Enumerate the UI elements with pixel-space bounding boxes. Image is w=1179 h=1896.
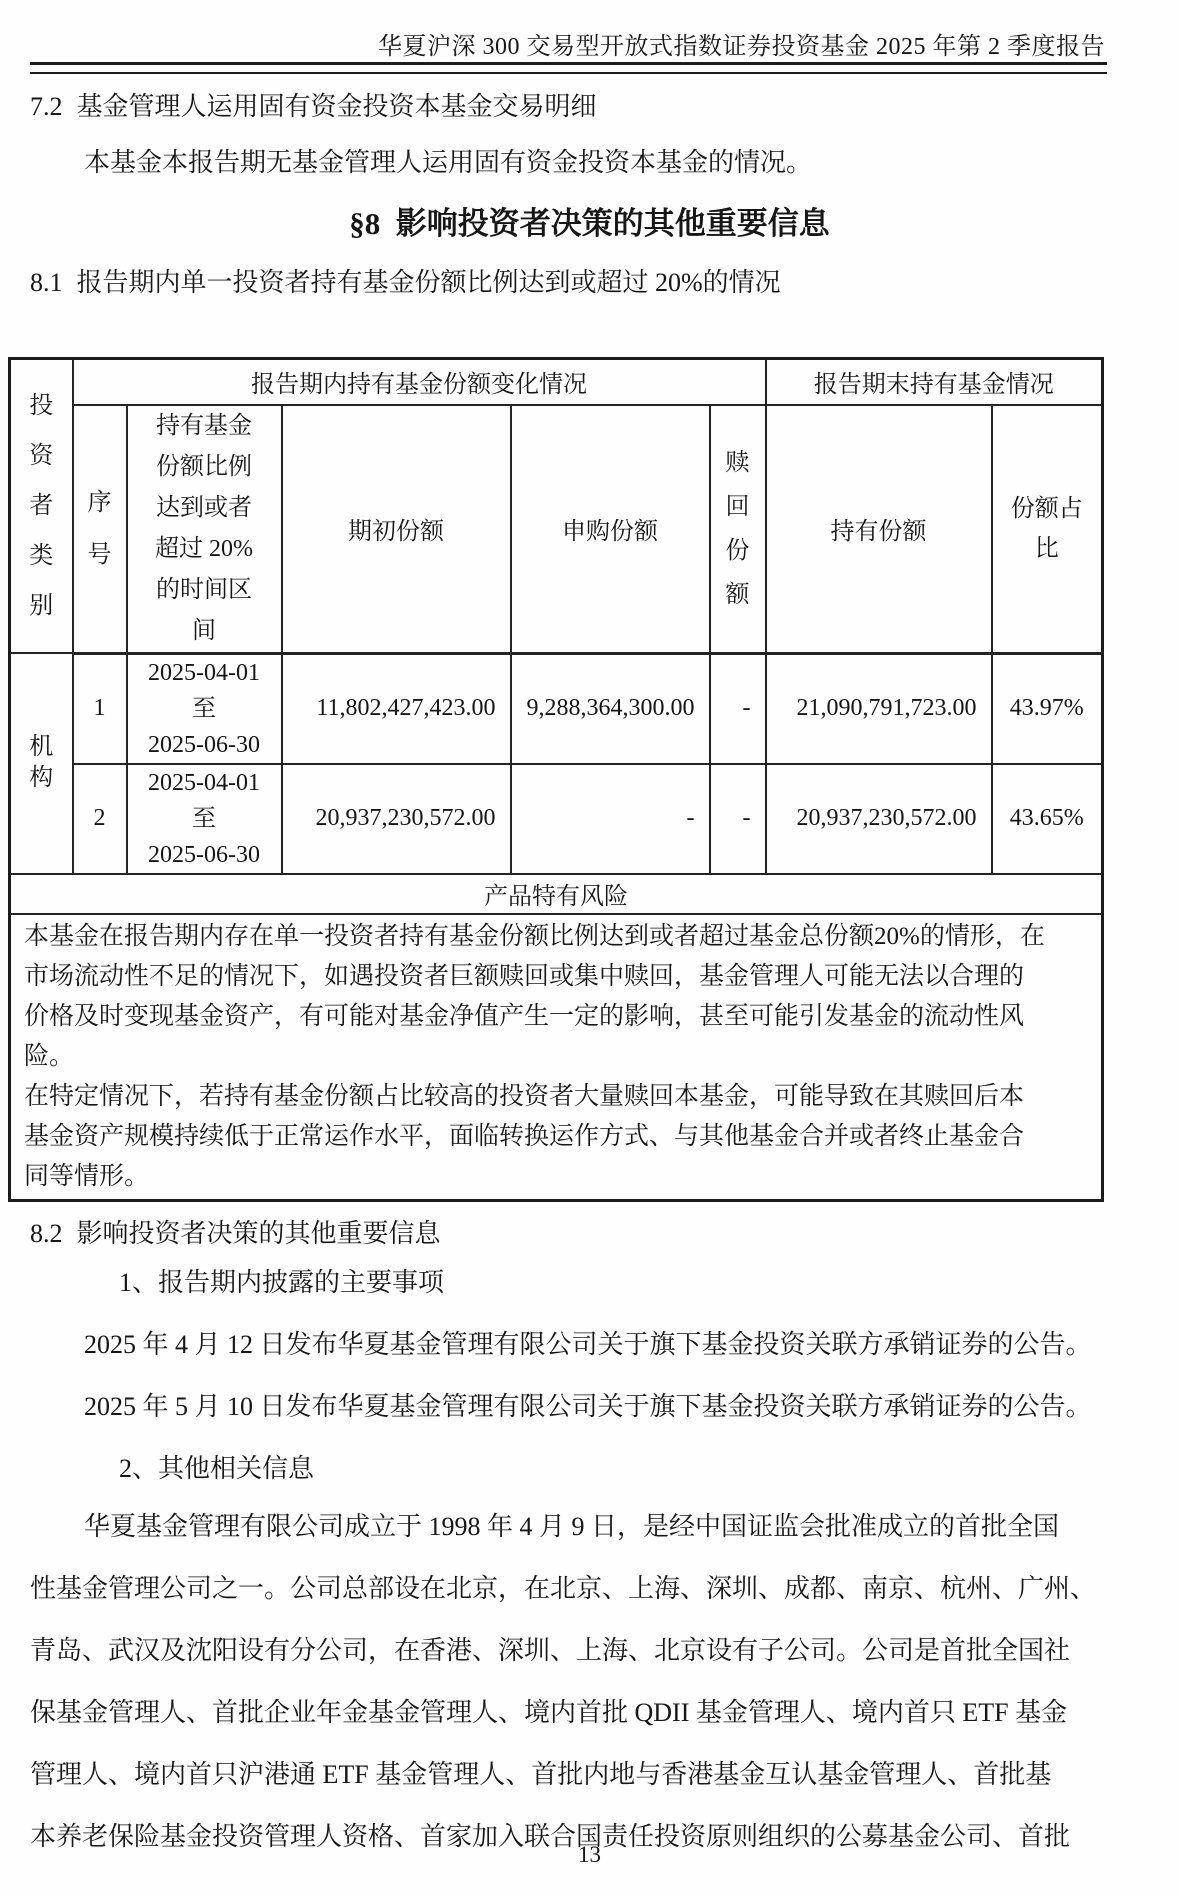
announcement-1: 2025 年 4 月 12 日发布华夏基金管理有限公司关于旗下基金投资关联方承销… [84, 1324, 1109, 1361]
announcement-2: 2025 年 5 月 10 日发布华夏基金管理有限公司关于旗下基金投资关联方承销… [84, 1386, 1109, 1423]
column-header-investor-type: 投 资 者 类 别 [10, 359, 73, 654]
redeem-shares-cell: - [710, 653, 766, 764]
section-8-heading: §8 影响投资者决策的其他重要信息 [0, 198, 1179, 243]
section-82-number: 8.2 [30, 1219, 63, 1248]
risk-line: 在特定情况下，若持有基金份额占比较高的投资者大量赎回本基金，可能导致在其赎回后本 [24, 1077, 1088, 1117]
company-intro-line: 青岛、武汉及沈阳设有分公司，在香港、深圳、上海、北京设有子公司。公司是首批全国社 [30, 1620, 1107, 1682]
table-row: 机 构 1 2025-04-01 至 2025-06-30 11,802,427… [10, 653, 1103, 764]
company-intro-line: 管理人、境内首只沪港通 ETF 基金管理人、首批内地与香港基金互认基金管理人、首… [30, 1744, 1107, 1806]
company-intro-line: 保基金管理人、首批企业年金基金管理人、境内首批 QDII 基金管理人、境内首只 … [30, 1682, 1107, 1744]
share-ratio-cell: 43.97% [992, 653, 1103, 764]
company-intro-line: 性基金管理公司之一。公司总部设在北京，在北京、上海、深圳、成都、南京、杭州、广州… [30, 1558, 1107, 1620]
hold-shares-cell: 20,937,230,572.00 [766, 764, 992, 874]
period-cell: 2025-04-01 至 2025-06-30 [127, 764, 282, 874]
column-header-begin-shares: 期初份额 [282, 405, 511, 654]
risk-line: 本基金在报告期内存在单一投资者持有基金份额比例达到或者超过基金总份额20%的情形… [24, 917, 1088, 957]
disclosure-item-1: 1、报告期内披露的主要事项 [119, 1262, 444, 1299]
section-81-heading: 8.1报告期内单一投资者持有基金份额比例达到或超过 20%的情况 [30, 262, 781, 299]
table-column-header-row: 序 号 持有基金 份额比例 达到或者 超过 20% 的时间区 间 期初份额 申购… [10, 405, 1103, 654]
company-intro-paragraph: 华夏基金管理有限公司成立于 1998 年 4 月 9 日，是经中国证监会批准成立… [30, 1496, 1107, 1868]
begin-shares-cell: 20,937,230,572.00 [282, 764, 511, 874]
risk-line: 险。 [24, 1037, 1088, 1077]
section-72-number: 7.2 [30, 92, 63, 121]
begin-shares-cell: 11,802,427,423.00 [282, 653, 511, 764]
section-72-title: 基金管理人运用固有资金投资本基金交易明细 [77, 92, 597, 121]
page-number: 13 [0, 1842, 1179, 1868]
column-header-share-ratio: 份额占 比 [992, 405, 1103, 654]
section-72-body: 本基金本报告期无基金管理人运用固有资金投资本基金的情况。 [84, 142, 812, 179]
table-row: 2 2025-04-01 至 2025-06-30 20,937,230,572… [10, 764, 1103, 874]
subscribe-shares-cell: 9,288,364,300.00 [511, 653, 710, 764]
product-risk-text-row: 本基金在报告期内存在单一投资者持有基金份额比例达到或者超过基金总份额20%的情形… [10, 914, 1103, 1201]
hold-shares-cell: 21,090,791,723.00 [766, 653, 992, 764]
subscribe-shares-cell: - [511, 764, 710, 874]
report-page: 华夏沪深 300 交易型开放式指数证券投资基金 2025 年第 2 季度报告 7… [0, 0, 1179, 1896]
section-82-heading: 8.2影响投资者决策的其他重要信息 [30, 1213, 441, 1250]
investor-type-cell: 机 构 [10, 653, 73, 874]
column-header-seq: 序 号 [73, 405, 127, 654]
section-81-number: 8.1 [30, 268, 63, 297]
share-ratio-cell: 43.65% [992, 764, 1103, 874]
column-header-period: 持有基金 份额比例 达到或者 超过 20% 的时间区 间 [127, 405, 282, 654]
section-82-title: 影响投资者决策的其他重要信息 [77, 1219, 441, 1248]
product-risk-text-cell: 本基金在报告期内存在单一投资者持有基金份额比例达到或者超过基金总份额20%的情形… [10, 914, 1103, 1201]
product-risk-title-row: 产品特有风险 [10, 874, 1103, 914]
report-header-title: 华夏沪深 300 交易型开放式指数证券投资基金 2025 年第 2 季度报告 [30, 26, 1105, 61]
risk-line: 基金资产规模持续低于正常运作水平，面临转换运作方式、与其他基金合并或者终止基金合 [24, 1117, 1088, 1157]
risk-line: 价格及时变现基金资产，有可能对基金净值产生一定的影响，甚至可能引发基金的流动性风 [24, 997, 1088, 1037]
group-header-period-end: 报告期末持有基金情况 [766, 359, 1103, 405]
column-header-redeem-shares: 赎 回 份 额 [710, 405, 766, 654]
column-header-hold-shares: 持有份额 [766, 405, 992, 654]
company-intro-line: 华夏基金管理有限公司成立于 1998 年 4 月 9 日，是经中国证监会批准成立… [30, 1496, 1107, 1558]
table-group-header-row: 投 资 者 类 别 报告期内持有基金份额变化情况 报告期末持有基金情况 [10, 359, 1103, 405]
column-header-subscribe-shares: 申购份额 [511, 405, 710, 654]
header-double-rule [30, 62, 1107, 74]
section-72-heading: 7.2基金管理人运用固有资金投资本基金交易明细 [30, 86, 597, 123]
group-header-period-change: 报告期内持有基金份额变化情况 [73, 359, 766, 405]
risk-line: 市场流动性不足的情况下，如遇投资者巨额赎回或集中赎回，基金管理人可能无法以合理的 [24, 957, 1088, 997]
seq-cell: 2 [73, 764, 127, 874]
redeem-shares-cell: - [710, 764, 766, 874]
period-cell: 2025-04-01 至 2025-06-30 [127, 653, 282, 764]
investor-share-table: 投 资 者 类 别 报告期内持有基金份额变化情况 报告期末持有基金情况 序 号 … [8, 357, 1104, 1202]
risk-line: 同等情形。 [24, 1157, 1088, 1197]
disclosure-item-2: 2、其他相关信息 [119, 1448, 314, 1485]
product-risk-title-cell: 产品特有风险 [10, 874, 1103, 914]
section-81-title: 报告期内单一投资者持有基金份额比例达到或超过 20%的情况 [77, 268, 781, 297]
seq-cell: 1 [73, 653, 127, 764]
